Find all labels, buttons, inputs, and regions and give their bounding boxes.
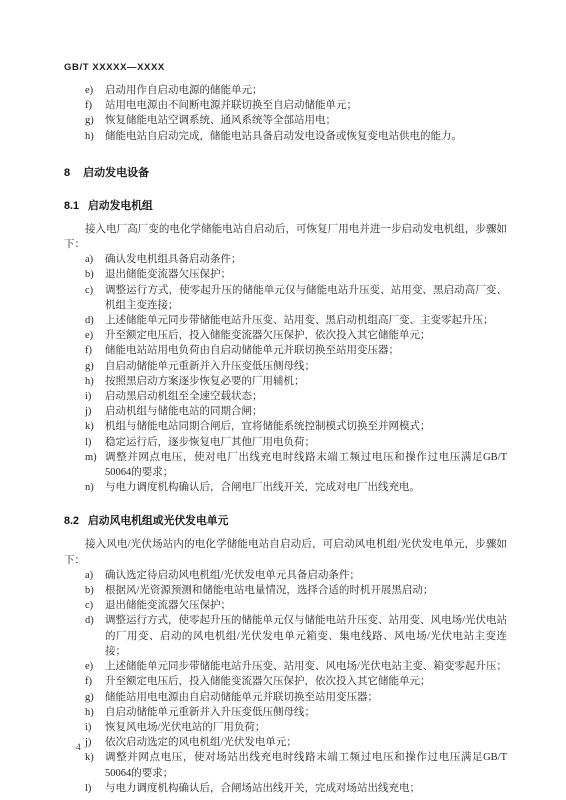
- item-label: h): [85, 129, 105, 144]
- document-page: GB/T XXXXX—XXXX e)启动用作自启动电源的储能单元；f)站用电电源…: [0, 0, 566, 800]
- list-item: h)储能电站自启动完成，储能电站具备启动发电设备或恢复变电站供电的能力。: [64, 129, 507, 144]
- item-label: b): [85, 267, 105, 282]
- item-label: d): [85, 313, 105, 328]
- document-body: e)启动用作自启动电源的储能单元；f)站用电电源由不间断电源并联切换至自启动储能…: [64, 83, 507, 796]
- list-item: b)根据风/光资源预测和储能电站电量情况，选择合适的时机开展黑启动；: [64, 583, 507, 598]
- item-text: 储能站用电电源由自启动储能单元并联切换至站用变压器；: [105, 690, 507, 705]
- item-text: 升至额定电压后，投入储能变流器欠压保护，依次投入其它储能单元；: [105, 328, 507, 343]
- section-8-1-list: a)确认发电机组具备启动条件；b)退出储能变流器欠压保护；c)调整运行方式，使零…: [64, 252, 507, 495]
- list-item: d)调整运行方式，使零起升压的储能单元仅与储能电站升压变、站用变、风电场/光伏电…: [64, 613, 507, 659]
- doc-code: GB/T XXXXX—XXXX: [64, 62, 165, 73]
- item-label: g): [85, 690, 105, 705]
- list-item: l)稳定运行后，逐步恢复电厂其他厂用电负荷；: [64, 435, 507, 450]
- list-item: i)启动黑启动机组至全速空载状态；: [64, 389, 507, 404]
- item-label: m): [85, 450, 105, 480]
- item-text: 升至额定电压后，投入储能变流器欠压保护，依次投入其它储能单元；: [105, 674, 507, 689]
- chapter-number: 8: [64, 166, 70, 180]
- list-item: f)储能电站站用电负荷由自启动储能单元并联切换至站用变压器；: [64, 343, 507, 358]
- item-label: f): [85, 343, 105, 358]
- list-item: j)依次启动选定的风电机组/光伏发电单元；: [64, 735, 507, 750]
- continued-list: e)启动用作自启动电源的储能单元；f)站用电电源由不间断电源并联切换至自启动储能…: [64, 83, 507, 144]
- list-item: h)自启动储能单元重新并入升压变低压侧母线；: [64, 705, 507, 720]
- list-item: k)调整并网点电压，使对场站出线充电时线路末端工频过电压和操作过电压满足GB/T…: [64, 750, 507, 780]
- list-item: g)储能站用电电源由自启动储能单元并联切换至站用变压器；: [64, 690, 507, 705]
- item-text: 退出储能变流器欠压保护；: [105, 267, 507, 282]
- item-text: 调整运行方式，使零起升压的储能单元仅与储能电站升压变、站用变、黑启动高厂变、机组…: [105, 283, 507, 313]
- section-heading-8-1: 8.1启动发电机组: [64, 199, 507, 213]
- item-label: j): [85, 735, 105, 750]
- item-label: c): [85, 283, 105, 313]
- item-text: 恢复风电场/光伏电站的厂用负荷；: [105, 720, 507, 735]
- item-text: 恢复储能电站空调系统、通风系统等全部站用电；: [105, 113, 507, 128]
- item-label: c): [85, 598, 105, 613]
- item-text: 调整并网点电压，使对电厂出线充电时线路末端工频过电压和操作过电压满足GB/T 5…: [105, 450, 507, 480]
- section-number: 8.2: [64, 514, 79, 528]
- item-text: 与电力调度机构确认后，合闸电厂出线开关，完成对电厂出线充电。: [105, 480, 507, 495]
- list-item: j)启动机组与储能电站的同期合闸；: [64, 404, 507, 419]
- item-text: 上述储能单元同步带储能电站升压变、站用变、风电场/光伏电站主变、箱变零起升压；: [105, 659, 507, 674]
- chapter-title: 启动发电设备: [83, 167, 149, 179]
- item-text: 自启动储能单元重新并入升压变低压侧母线；: [105, 705, 507, 720]
- list-item: b)退出储能变流器欠压保护；: [64, 267, 507, 282]
- chapter-heading: 8启动发电设备: [64, 166, 507, 180]
- item-label: a): [85, 568, 105, 583]
- section-number: 8.1: [64, 199, 79, 213]
- section-intro: 接入风电/光伏场站内的电化学储能电站自启动后，可启动风电机组/光伏发电单元，步骤…: [64, 537, 507, 567]
- list-item: f)站用电电源由不间断电源并联切换至自启动储能单元；: [64, 98, 507, 113]
- list-item: e)启动用作自启动电源的储能单元；: [64, 83, 507, 98]
- item-text: 启动黑启动机组至全速空载状态；: [105, 389, 507, 404]
- item-label: e): [85, 328, 105, 343]
- item-label: i): [85, 389, 105, 404]
- item-label: e): [85, 659, 105, 674]
- page-number: 4: [76, 743, 81, 753]
- section-8-2-list: a)确认选定待启动风电机组/光伏发电单元具备启动条件；b)根据风/光资源预测和储…: [64, 568, 507, 796]
- list-item: c)调整运行方式，使零起升压的储能单元仅与储能电站升压变、站用变、黑启动高厂变、…: [64, 283, 507, 313]
- item-text: 依次启动选定的风电机组/光伏发电单元；: [105, 735, 507, 750]
- list-item: m)调整并网点电压，使对电厂出线充电时线路末端工频过电压和操作过电压满足GB/T…: [64, 450, 507, 480]
- item-label: g): [85, 359, 105, 374]
- item-label: f): [85, 674, 105, 689]
- item-text: 稳定运行后，逐步恢复电厂其他厂用电负荷；: [105, 435, 507, 450]
- item-label: i): [85, 720, 105, 735]
- item-text: 根据风/光资源预测和储能电站电量情况，选择合适的时机开展黑启动；: [105, 583, 507, 598]
- list-item: i)恢复风电场/光伏电站的厂用负荷；: [64, 720, 507, 735]
- item-label: g): [85, 113, 105, 128]
- item-text: 确认发电机组具备启动条件；: [105, 252, 507, 267]
- item-text: 上述储能单元同步带储能电站升压变、站用变、黑启动机组高厂变、主变零起升压；: [105, 313, 507, 328]
- section-heading-8-2: 8.2启动风电机组或光伏发电单元: [64, 514, 507, 528]
- item-text: 退出储能变流器欠压保护；: [105, 598, 507, 613]
- list-item: g)自启动储能单元重新并入升压变低压侧母线；: [64, 359, 507, 374]
- item-label: l): [85, 781, 105, 796]
- item-label: l): [85, 435, 105, 450]
- item-label: k): [85, 419, 105, 434]
- section-title: 启动发电机组: [88, 200, 153, 212]
- item-text: 按照黑启动方案逐步恢复必要的厂用辅机；: [105, 374, 507, 389]
- item-label: j): [85, 404, 105, 419]
- item-label: a): [85, 252, 105, 267]
- item-label: d): [85, 613, 105, 659]
- item-text: 储能电站站用电负荷由自启动储能单元并联切换至站用变压器；: [105, 343, 507, 358]
- item-text: 启动用作自启动电源的储能单元；: [105, 83, 507, 98]
- list-item: n)与电力调度机构确认后，合闸电厂出线开关，完成对电厂出线充电。: [64, 480, 507, 495]
- section-intro: 接入电厂高厂变的电化学储能电站自启动后，可恢复厂用电并进一步启动发电机组，步骤如…: [64, 222, 507, 252]
- item-label: f): [85, 98, 105, 113]
- list-item: d)上述储能单元同步带储能电站升压变、站用变、黑启动机组高厂变、主变零起升压；: [64, 313, 507, 328]
- list-item: a)确认选定待启动风电机组/光伏发电单元具备启动条件；: [64, 568, 507, 583]
- item-label: e): [85, 83, 105, 98]
- item-text: 自启动储能单元重新并入升压变低压侧母线；: [105, 359, 507, 374]
- item-text: 机组与储能电站同期合闸后，宜将储能系统控制模式切换至并网模式；: [105, 419, 507, 434]
- item-label: h): [85, 374, 105, 389]
- list-item: k)机组与储能电站同期合闸后，宜将储能系统控制模式切换至并网模式；: [64, 419, 507, 434]
- item-text: 启动机组与储能电站的同期合闸；: [105, 404, 507, 419]
- list-item: e)上述储能单元同步带储能电站升压变、站用变、风电场/光伏电站主变、箱变零起升压…: [64, 659, 507, 674]
- item-text: 站用电电源由不间断电源并联切换至自启动储能单元；: [105, 98, 507, 113]
- list-item: e)升至额定电压后，投入储能变流器欠压保护，依次投入其它储能单元；: [64, 328, 507, 343]
- list-item: a)确认发电机组具备启动条件；: [64, 252, 507, 267]
- item-text: 调整并网点电压，使对场站出线充电时线路末端工频过电压和操作过电压满足GB/T 5…: [105, 750, 507, 780]
- item-text: 与电力调度机构确认后，合闸场站出线开关，完成对场站出线充电；: [105, 781, 507, 796]
- list-item: f)升至额定电压后，投入储能变流器欠压保护，依次投入其它储能单元；: [64, 674, 507, 689]
- page-footer: 4: [76, 743, 81, 753]
- item-text: 确认选定待启动风电机组/光伏发电单元具备启动条件；: [105, 568, 507, 583]
- list-item: l)与电力调度机构确认后，合闸场站出线开关，完成对场站出线充电；: [64, 781, 507, 796]
- item-label: h): [85, 705, 105, 720]
- item-text: 储能电站自启动完成，储能电站具备启动发电设备或恢复变电站供电的能力。: [105, 129, 507, 144]
- item-text: 调整运行方式，使零起升压的储能单元仅与储能电站升压变、站用变、风电场/光伏电站的…: [105, 613, 507, 659]
- list-item: g)恢复储能电站空调系统、通风系统等全部站用电；: [64, 113, 507, 128]
- item-label: b): [85, 583, 105, 598]
- list-item: c)退出储能变流器欠压保护；: [64, 598, 507, 613]
- section-title: 启动风电机组或光伏发电单元: [88, 515, 228, 527]
- item-label: n): [85, 480, 105, 495]
- item-label: k): [85, 750, 105, 780]
- list-item: h)按照黑启动方案逐步恢复必要的厂用辅机；: [64, 374, 507, 389]
- page-header: GB/T XXXXX—XXXX: [64, 62, 506, 73]
